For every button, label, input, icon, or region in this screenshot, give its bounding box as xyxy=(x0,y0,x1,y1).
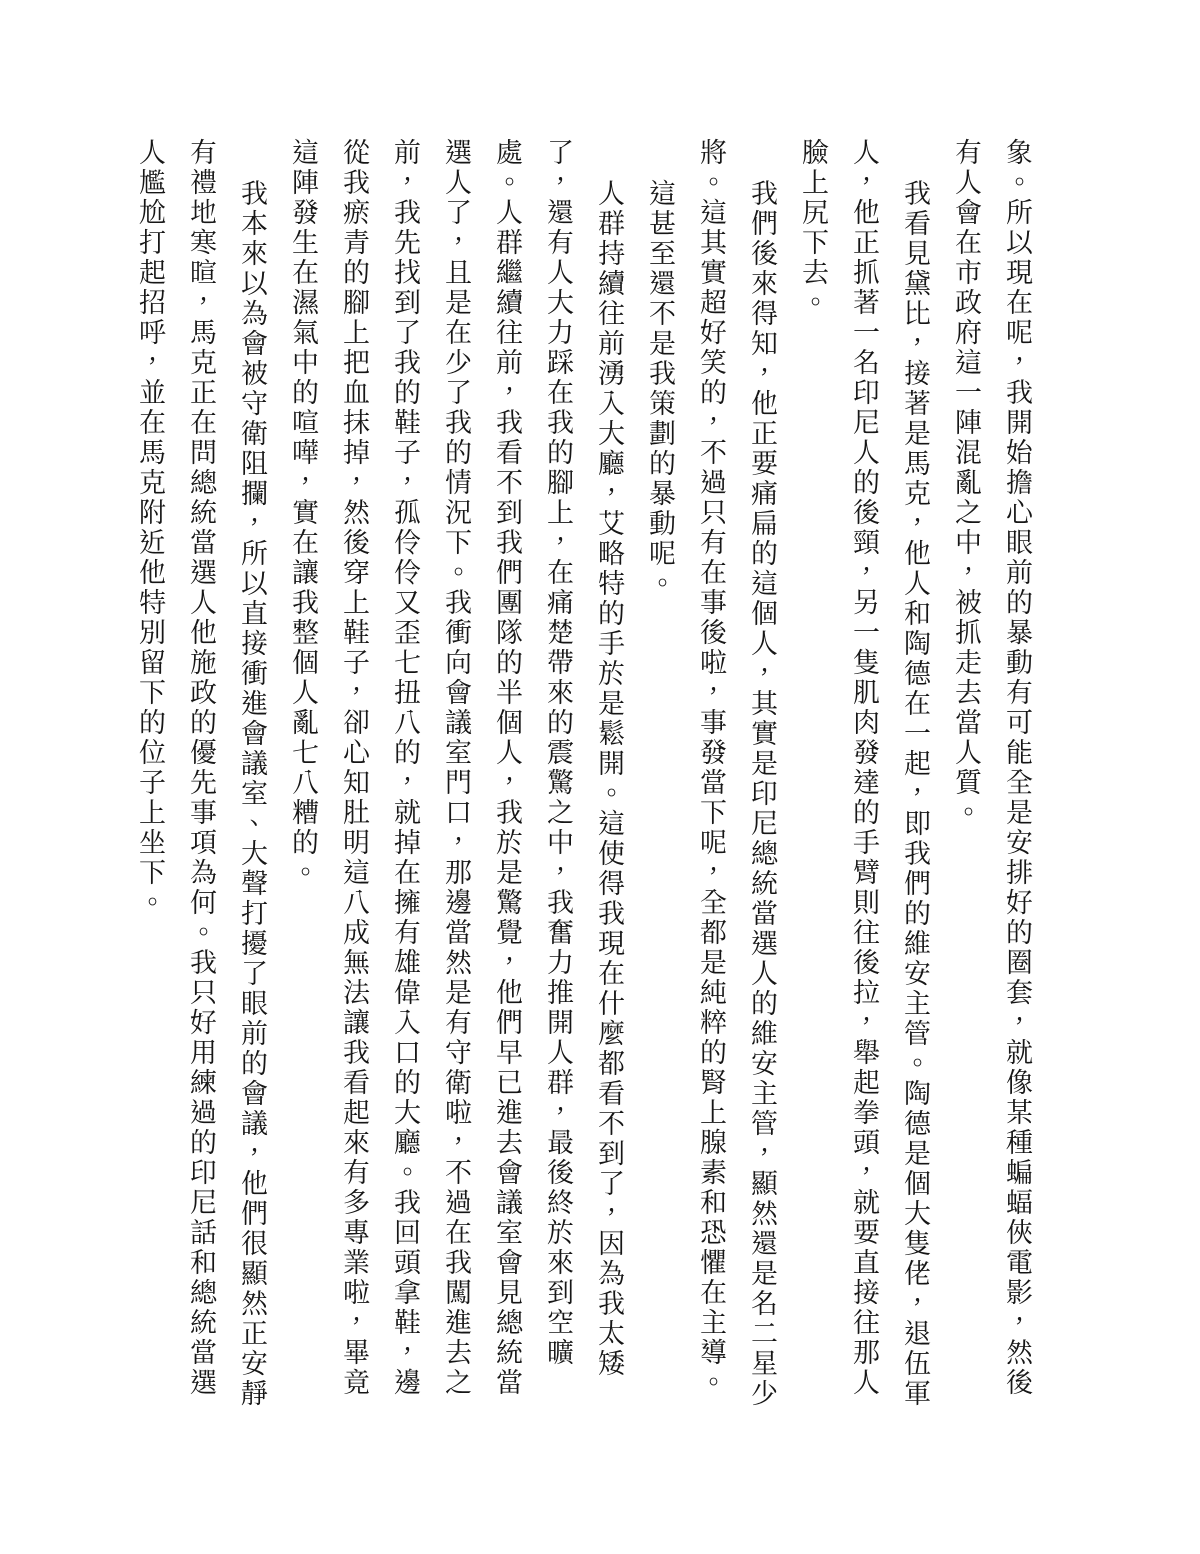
paragraph-2: 我看見黛比，接著是馬克，他人和陶德在一起，即我們的維安主管。陶德是個大隻佬，退伍… xyxy=(787,138,940,1416)
page: 象。所以現在呢，我開始擔心眼前的暴動有可能全是安排好的圈套，就像某種蝙蝠俠電影，… xyxy=(0,0,1200,1554)
paragraph-6: 我本來以為會被守衛阻攔，所以直接衝進會議室、大聲打擾了眼前的會議，他們很顯然正安… xyxy=(124,138,277,1416)
book-page-background: { "page": { "background": "#ffffff", "te… xyxy=(0,0,1200,1554)
page-text-block: 象。所以現在呢，我開始擔心眼前的暴動有可能全是安排好的圈套，就像某種蝙蝠俠電影，… xyxy=(120,138,1042,1416)
paragraph-continued-from-previous-page: 象。所以現在呢，我開始擔心眼前的暴動有可能全是安排好的圈套，就像某種蝙蝠俠電影，… xyxy=(940,138,1042,1416)
paragraph-5: 人群持續往前湧入大廳，艾略特的手於是鬆開。這使得我現在什麼都看不到了，因為我太矮… xyxy=(277,138,634,1416)
paragraph-4: 這甚至還不是我策劃的暴動呢。 xyxy=(634,138,685,1416)
paragraph-3: 我們後來得知，他正要痛扁的這個人，其實是印尼總統當選人的維安主管，顯然還是名二星… xyxy=(685,138,787,1416)
